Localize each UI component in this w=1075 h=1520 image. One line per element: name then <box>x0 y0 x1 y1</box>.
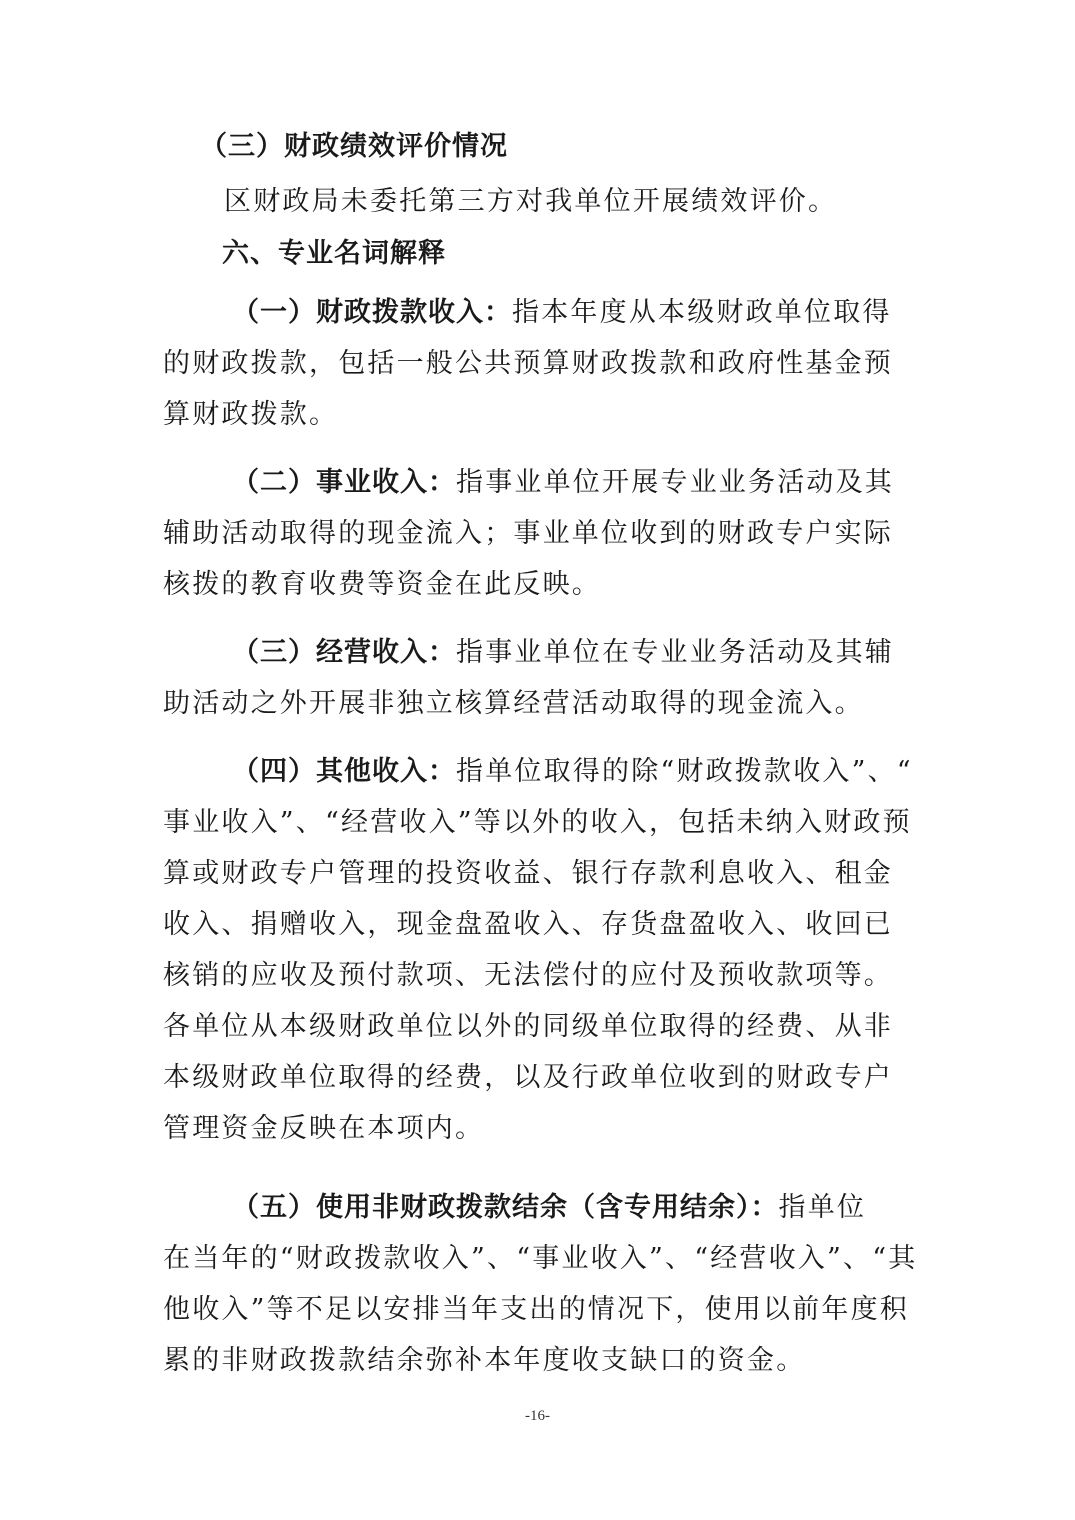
term-4-line-8: 管理资金反映在本项内。 <box>163 1112 923 1146</box>
term-1-title: （一）财政拨款收入： <box>232 297 512 328</box>
term-4-text: 指单位取得的除“财政拨款收入”、“ <box>456 756 913 787</box>
term-5-title: （五）使用非财政拨款结余（含专用结余）： <box>232 1192 779 1223</box>
term-1-line-3: 算财政拨款。 <box>163 398 923 432</box>
section-heading-performance-evaluation: （三）财政绩效评价情况 <box>200 130 960 164</box>
term-3-text: 指事业单位在专业业务活动及其辅 <box>456 637 894 668</box>
term-2-title: （二）事业收入： <box>232 467 456 498</box>
term-3-line-2: 助活动之外开展非独立核算经营活动取得的现金流入。 <box>163 687 923 721</box>
term-2-text: 指事业单位开展专业业务活动及其 <box>456 467 894 498</box>
term-4-line-2: 事业收入”、“经营收入”等以外的收入，包括未纳入财政预 <box>163 806 923 840</box>
term-3-first-line: （三）经营收入：指事业单位在专业业务活动及其辅 <box>232 636 992 670</box>
term-4-line-3: 算或财政专户管理的投资收益、银行存款利息收入、租金 <box>163 857 923 891</box>
term-4-line-6: 各单位从本级财政单位以外的同级单位取得的经费、从非 <box>163 1010 923 1044</box>
term-5-line-4: 累的非财政拨款结余弥补本年度收支缺口的资金。 <box>163 1344 923 1378</box>
term-1-line-2: 的财政拨款，包括一般公共预算财政拨款和政府性基金预 <box>163 347 923 381</box>
term-1-first-line: （一）财政拨款收入：指本年度从本级财政单位取得 <box>232 296 992 330</box>
term-5-first-line: （五）使用非财政拨款结余（含专用结余）：指单位 <box>232 1191 992 1225</box>
document-page: （三）财政绩效评价情况 区财政局未委托第三方对我单位开展绩效评价。 六、专业名词… <box>0 0 1075 1520</box>
term-2-first-line: （二）事业收入：指事业单位开展专业业务活动及其 <box>232 466 992 500</box>
section-body-performance-evaluation: 区财政局未委托第三方对我单位开展绩效评价。 <box>224 185 984 219</box>
term-1-text: 指本年度从本级财政单位取得 <box>512 297 892 328</box>
term-4-line-7: 本级财政单位取得的经费，以及行政单位收到的财政专户 <box>163 1061 923 1095</box>
term-2-line-2: 辅助活动取得的现金流入；事业单位收到的财政专户实际 <box>163 517 923 551</box>
term-4-title: （四）其他收入： <box>232 756 456 787</box>
term-4-line-5: 核销的应收及预付款项、无法偿付的应付及预收款项等。 <box>163 959 923 993</box>
term-5-line-3: 他收入”等不足以安排当年支出的情况下，使用以前年度积 <box>163 1293 923 1327</box>
term-2-line-3: 核拨的教育收费等资金在此反映。 <box>163 568 923 602</box>
term-5-text: 指单位 <box>779 1192 867 1223</box>
term-4-first-line: （四）其他收入：指单位取得的除“财政拨款收入”、“ <box>232 755 992 789</box>
term-4-line-4: 收入、捐赠收入，现金盘盈收入、存货盘盈收入、收回已 <box>163 908 923 942</box>
page-number: -16- <box>0 1408 1075 1425</box>
term-5-line-2: 在当年的“财政拨款收入”、“事业收入”、“经营收入”、“其 <box>163 1242 923 1276</box>
term-3-title: （三）经营收入： <box>232 637 456 668</box>
chapter-heading-glossary: 六、专业名词解释 <box>222 237 982 271</box>
